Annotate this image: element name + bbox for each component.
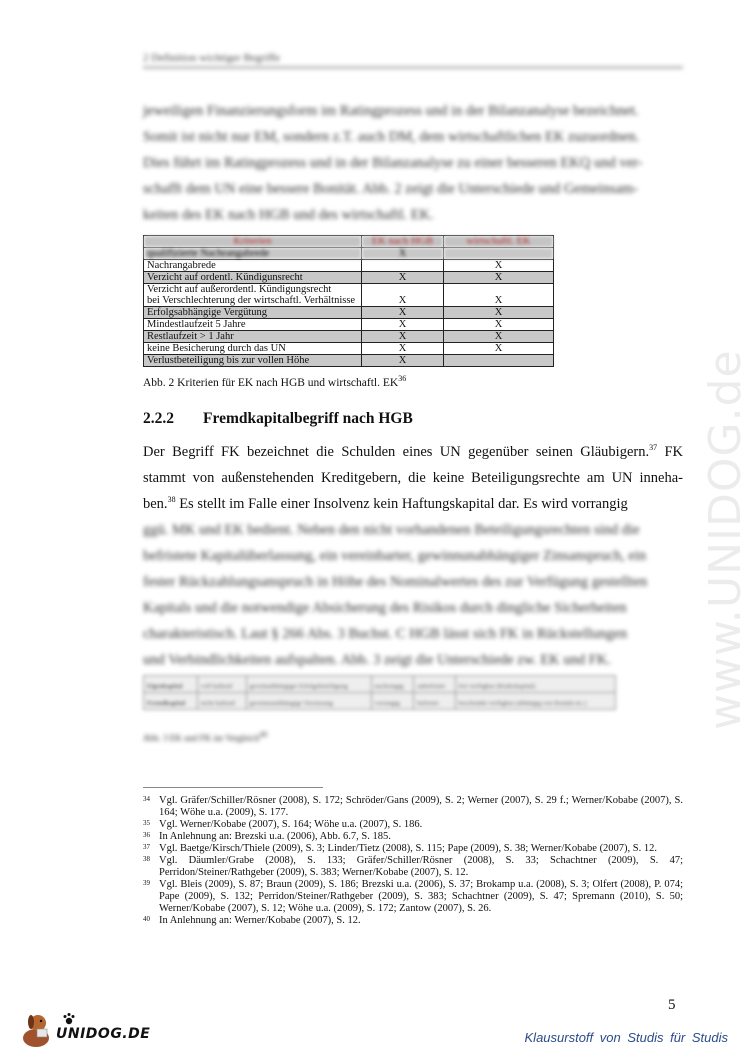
running-head: 2 Definition wichtiger Begriffe — [143, 52, 683, 69]
footnote: 37Vgl. Baetge/Kirsch/Thiele (2009), S. 3… — [143, 843, 683, 855]
logo-text: UNIDOG.DE — [56, 1026, 150, 1042]
hgb-cell: X — [362, 319, 444, 331]
paw-icon — [62, 1012, 76, 1026]
hgb-cell: X — [362, 248, 444, 260]
footnote-text: Vgl. Gräfer/Schiller/Rösner (2008), S. 1… — [159, 795, 683, 818]
criterion-cell: Erfolgsabhängige Vergütung — [144, 307, 362, 319]
wirt-cell: X — [444, 284, 554, 307]
criterion-cell: Nachrangabrede — [144, 260, 362, 272]
wirt-cell — [444, 248, 554, 260]
criterion-cell: qualifizierte Nachrangabrede — [144, 248, 362, 260]
criterion-cell: keine Besicherung durch das UN — [144, 343, 362, 355]
footnote-text: Vgl. Bleis (2009), S. 87; Braun (2009), … — [159, 879, 683, 914]
unidog-logo[interactable]: UNIDOG.DE — [18, 1012, 158, 1048]
blurred-line: Kapitals und die notwendige Absicherung … — [143, 595, 683, 621]
cell: unbefristet — [414, 676, 455, 693]
wirt-cell: X — [444, 307, 554, 319]
footnote-number: 39 — [143, 877, 150, 889]
table-row: Nachrangabrede X — [144, 260, 554, 272]
figure-2-caption: Abb. 2 Kriterien für EK nach HGB und wir… — [143, 377, 406, 389]
sentence: Der Begriff FK bezeichnet die Schulden e… — [143, 444, 649, 460]
footnote-text: Vgl. Baetge/Kirsch/Thiele (2009), S. 3; … — [159, 843, 657, 854]
hgb-cell: X — [362, 272, 444, 284]
body-clear-text: Der Begriff FK bezeichnet die Schulden e… — [143, 439, 683, 517]
footnote-ref[interactable]: 37 — [649, 443, 657, 452]
criteria-table: Kriterien EK nach HGB wirtschaftl. EK qu… — [143, 235, 554, 367]
footnote: 35Vgl. Werner/Kobabe (2007), S. 164; Wöh… — [143, 819, 683, 831]
hgb-cell — [362, 260, 444, 272]
comparison-table: Eigenkapital voll haftend gewinnabhängig… — [143, 675, 616, 710]
section-title: Fremdkapitalbegriff nach HGB — [203, 410, 413, 427]
footnote: 40In Anlehnung an: Werner/Kobabe (2007),… — [143, 915, 683, 927]
wirt-cell: X — [444, 343, 554, 355]
wirt-cell: X — [444, 331, 554, 343]
cell: Eigenkapital — [144, 676, 198, 693]
criterion-cell: Verzicht auf außerordentl. Kündigungsrec… — [144, 284, 362, 307]
sentence: Es stellt im Falle einer Insolvenz kein … — [176, 496, 628, 512]
footnote-number: 38 — [143, 853, 150, 865]
hgb-cell: X — [362, 343, 444, 355]
intro-line: jeweiligen Finanzierungsform im Ratingpr… — [143, 98, 683, 124]
caption-text: Abb. 3 EK und FK im Vergleich — [143, 733, 259, 743]
criterion-line: bei Verschlechterung der wirtschaftl. Ve… — [147, 295, 355, 306]
cell: gewinnunabhängige Verzinsung — [246, 693, 371, 710]
criteria-table-header: Kriterien EK nach HGB wirtschaftl. EK — [144, 236, 554, 248]
figure-3-caption: Abb. 3 EK und FK im Vergleich40 — [143, 733, 267, 743]
footnote: 39Vgl. Bleis (2009), S. 87; Braun (2009)… — [143, 879, 683, 915]
header-ek-hgb: EK nach HGB — [362, 236, 444, 248]
criterion-cell: Mindestlaufzeit 5 Jahre — [144, 319, 362, 331]
hgb-cell: X — [362, 284, 444, 307]
cell: beschränkt verfügbar (abhängig von Bonit… — [455, 693, 615, 710]
wirt-cell: X — [444, 260, 554, 272]
hgb-cell: X — [362, 307, 444, 319]
criterion-cell: Verlustbeteiligung bis zur vollen Höhe — [144, 355, 362, 367]
cell: nicht haftend — [197, 693, 246, 710]
footnote-text: In Anlehnung an: Brezski u.a. (2006), Ab… — [159, 831, 391, 842]
table-row: keine Besicherung durch das UN X X — [144, 343, 554, 355]
intro-line: Dies führt im Ratingprozess und in der B… — [143, 150, 683, 176]
footnote-ref: 40 — [259, 730, 267, 739]
cell: befristet — [414, 693, 455, 710]
footnote: 34Vgl. Gräfer/Schiller/Rösner (2008), S.… — [143, 795, 683, 819]
table-row: Verzicht auf ordentl. Kündigunsrecht X X — [144, 272, 554, 284]
watermark: www.UNIDOG.de — [700, 349, 750, 730]
table-row: Erfolgsabhängige Vergütung X X — [144, 307, 554, 319]
table-row: Verlustbeteiligung bis zur vollen Höhe X — [144, 355, 554, 367]
footnote-number: 37 — [143, 841, 150, 853]
cell: vorrangig — [371, 693, 414, 710]
body-paragraph: Der Begriff FK bezeichnet die Schulden e… — [143, 439, 683, 673]
intro-paragraph: jeweiligen Finanzierungsform im Ratingpr… — [143, 98, 683, 228]
cell: Fremdkapital — [144, 693, 198, 710]
footer-slogan: Klausurstoff von Studis für Studis — [525, 1030, 728, 1045]
blurred-line: und Verbindlichkeiten aufspalten. Abb. 3… — [143, 647, 683, 673]
hgb-cell: X — [362, 355, 444, 367]
footnote-text: In Anlehnung an: Werner/Kobabe (2007), S… — [159, 915, 361, 926]
cell: gewinnabhängiger Erfolgsbeteiligung — [246, 676, 371, 693]
footnote: 36In Anlehnung an: Brezski u.a. (2006), … — [143, 831, 683, 843]
table-row: Restlaufzeit > 1 Jahr X X — [144, 331, 554, 343]
wirt-cell — [444, 355, 554, 367]
intro-line: schafft dem UN eine bessere Bonität. Abb… — [143, 176, 683, 202]
section-heading: 2.2.2Fremdkapitalbegriff nach HGB — [143, 410, 413, 428]
blurred-line: fester Rückzahlungsanspruch in Höhe des … — [143, 569, 683, 595]
header-criteria: Kriterien — [144, 236, 362, 248]
table-row: qualifizierte Nachrangabrede X — [144, 248, 554, 260]
criterion-cell: Restlaufzeit > 1 Jahr — [144, 331, 362, 343]
header-wirt-ek: wirtschaftl. EK — [444, 236, 554, 248]
table-row: Fremdkapital nicht haftend gewinnunabhän… — [144, 693, 616, 710]
table-row: Eigenkapital voll haftend gewinnabhängig… — [144, 676, 616, 693]
criterion-line: Verzicht auf außerordentl. Kündigungsrec… — [147, 284, 331, 295]
footnote-number: 34 — [143, 793, 150, 805]
footnote-ref[interactable]: 36 — [398, 374, 406, 383]
footnotes: 34Vgl. Gräfer/Schiller/Rösner (2008), S.… — [143, 795, 683, 927]
intro-line: Somit ist nicht nur EM, sondern z.T. auc… — [143, 124, 683, 150]
footnote-separator — [143, 787, 323, 788]
footnote: 38Vgl. Däumler/Grabe (2008), S. 133; Grä… — [143, 855, 683, 879]
footnote-number: 40 — [143, 913, 150, 925]
blurred-line: ggü. MK und EK bedient. Neben den nicht … — [143, 517, 683, 543]
footnote-text: Vgl. Werner/Kobabe (2007), S. 164; Wöhe … — [159, 819, 422, 830]
caption-text: Abb. 2 Kriterien für EK nach HGB und wir… — [143, 377, 398, 389]
blurred-line: charakteristisch. Laut § 266 Abs. 3 Buch… — [143, 621, 683, 647]
table-row: Verzicht auf außerordentl. Kündigungsrec… — [144, 284, 554, 307]
cell: voll haftend — [197, 676, 246, 693]
hgb-cell: X — [362, 331, 444, 343]
footnote-number: 36 — [143, 829, 150, 841]
body-blurred-text: ggü. MK und EK bedient. Neben den nicht … — [143, 517, 683, 673]
intro-line: keiten des EK nach HGB und des wirtschaf… — [143, 202, 683, 228]
wirt-cell: X — [444, 319, 554, 331]
wirt-cell: X — [444, 272, 554, 284]
page-number: 5 — [668, 997, 676, 1014]
cell: nachrangig — [371, 676, 414, 693]
section-number: 2.2.2 — [143, 410, 203, 428]
footnote-number: 35 — [143, 817, 150, 829]
blurred-line: befristete Kapitalüberlassung, ein verei… — [143, 543, 683, 569]
dog-icon — [18, 1012, 58, 1048]
footnote-ref[interactable]: 38 — [168, 495, 176, 504]
footnote-text: Vgl. Däumler/Grabe (2008), S. 133; Gräfe… — [159, 855, 683, 878]
criterion-cell: Verzicht auf ordentl. Kündigunsrecht — [144, 272, 362, 284]
cell: frei verfügbar (Risikokapital) — [455, 676, 615, 693]
table-row: Mindestlaufzeit 5 Jahre X X — [144, 319, 554, 331]
